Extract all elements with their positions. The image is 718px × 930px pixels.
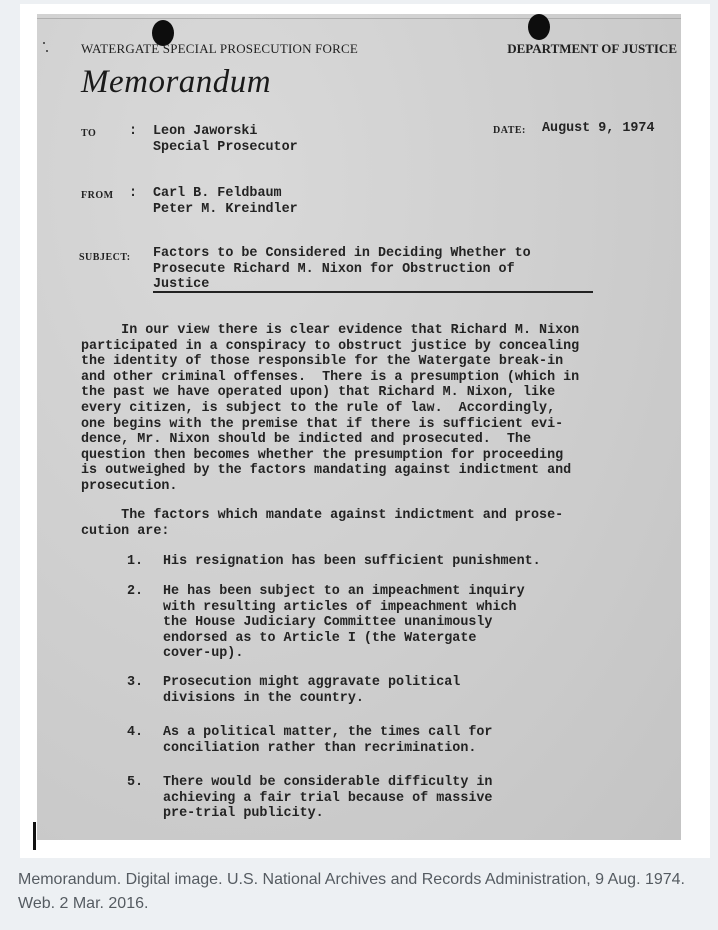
factor-text: Prosecution might aggravate politicaldiv… bbox=[163, 675, 460, 706]
to-title: Special Prosecutor bbox=[153, 140, 298, 156]
image-caption: Memorandum. Digital image. U.S. National… bbox=[18, 868, 708, 916]
factor-number: 3. bbox=[127, 675, 143, 691]
memo-title: Memorandum bbox=[81, 64, 271, 101]
text-line: cution are: bbox=[81, 524, 563, 540]
agency-name: WATERGATE SPECIAL PROSECUTION FORCE bbox=[81, 41, 358, 57]
date-label: DATE: bbox=[493, 125, 526, 136]
text-line: is outweighed by the factors mandating a… bbox=[81, 463, 579, 479]
text-line: participated in a conspiracy to obstruct… bbox=[81, 339, 579, 355]
department-name: DEPARTMENT OF JUSTICE bbox=[507, 41, 677, 57]
text-line: He has been subject to an impeachment in… bbox=[163, 584, 525, 600]
factor-number: 5. bbox=[127, 775, 143, 791]
subject-line-2: Prosecute Richard M. Nixon for Obstructi… bbox=[153, 262, 515, 278]
to-label: TO bbox=[81, 128, 96, 139]
text-line: achieving a fair trial because of massiv… bbox=[163, 791, 492, 807]
text-line: question then becomes whether the presum… bbox=[81, 448, 579, 464]
from-name-2: Peter M. Kreindler bbox=[153, 202, 298, 218]
body-paragraph-1: In our view there is clear evidence that… bbox=[81, 323, 579, 495]
subject-line-1: Factors to be Considered in Deciding Whe… bbox=[153, 246, 531, 262]
factor-number: 1. bbox=[127, 554, 143, 570]
factor-text: There would be considerable difficulty i… bbox=[163, 775, 492, 822]
text-line: cover-up). bbox=[163, 646, 525, 662]
to-name: Leon Jaworski bbox=[153, 124, 257, 140]
text-line: pre-trial publicity. bbox=[163, 806, 492, 822]
memo-scan-image: WATERGATE SPECIAL PROSECUTION FORCE DEPA… bbox=[37, 14, 681, 840]
from-label: FROM bbox=[81, 190, 114, 201]
scan-top-edge bbox=[37, 18, 681, 19]
text-line: The factors which mandate against indict… bbox=[81, 508, 563, 524]
factor-text: His resignation has been sufficient puni… bbox=[163, 554, 541, 570]
subject-label: SUBJECT: bbox=[79, 252, 131, 263]
text-line: prosecution. bbox=[81, 479, 579, 495]
punch-hole-icon bbox=[528, 14, 550, 40]
factor-text: As a political matter, the times call fo… bbox=[163, 725, 492, 756]
text-line: the past we have operated upon) that Ric… bbox=[81, 385, 579, 401]
text-line: His resignation has been sufficient puni… bbox=[163, 554, 541, 570]
text-line: the identity of those responsible for th… bbox=[81, 354, 579, 370]
text-line: conciliation rather than recrimination. bbox=[163, 741, 492, 757]
text-line: divisions in the country. bbox=[163, 691, 460, 707]
text-line: endorsed as to Article I (the Watergate bbox=[163, 631, 525, 647]
to-colon: : bbox=[129, 124, 137, 140]
text-line: dence, Mr. Nixon should be indicted and … bbox=[81, 432, 579, 448]
text-line: In our view there is clear evidence that… bbox=[81, 323, 579, 339]
speck bbox=[46, 50, 48, 52]
from-colon: : bbox=[129, 186, 137, 202]
factor-number: 2. bbox=[127, 584, 143, 600]
text-line: the House Judiciary Committee unanimousl… bbox=[163, 615, 525, 631]
date-value: August 9, 1974 bbox=[542, 121, 655, 137]
text-line: with resulting articles of impeachment w… bbox=[163, 600, 525, 616]
text-line: As a political matter, the times call fo… bbox=[163, 725, 492, 741]
speck bbox=[43, 42, 45, 44]
text-line: Prosecution might aggravate political bbox=[163, 675, 460, 691]
text-line: every citizen, is subject to the rule of… bbox=[81, 401, 579, 417]
body-paragraph-2: The factors which mandate against indict… bbox=[81, 508, 563, 539]
text-line: and other criminal offenses. There is a … bbox=[81, 370, 579, 386]
text-line: There would be considerable difficulty i… bbox=[163, 775, 492, 791]
factor-number: 4. bbox=[127, 725, 143, 741]
text-line: one begins with the premise that if ther… bbox=[81, 417, 579, 433]
from-name-1: Carl B. Feldbaum bbox=[153, 186, 282, 202]
factor-text: He has been subject to an impeachment in… bbox=[163, 584, 525, 662]
text-cursor bbox=[33, 822, 36, 850]
subject-underline bbox=[153, 291, 593, 293]
